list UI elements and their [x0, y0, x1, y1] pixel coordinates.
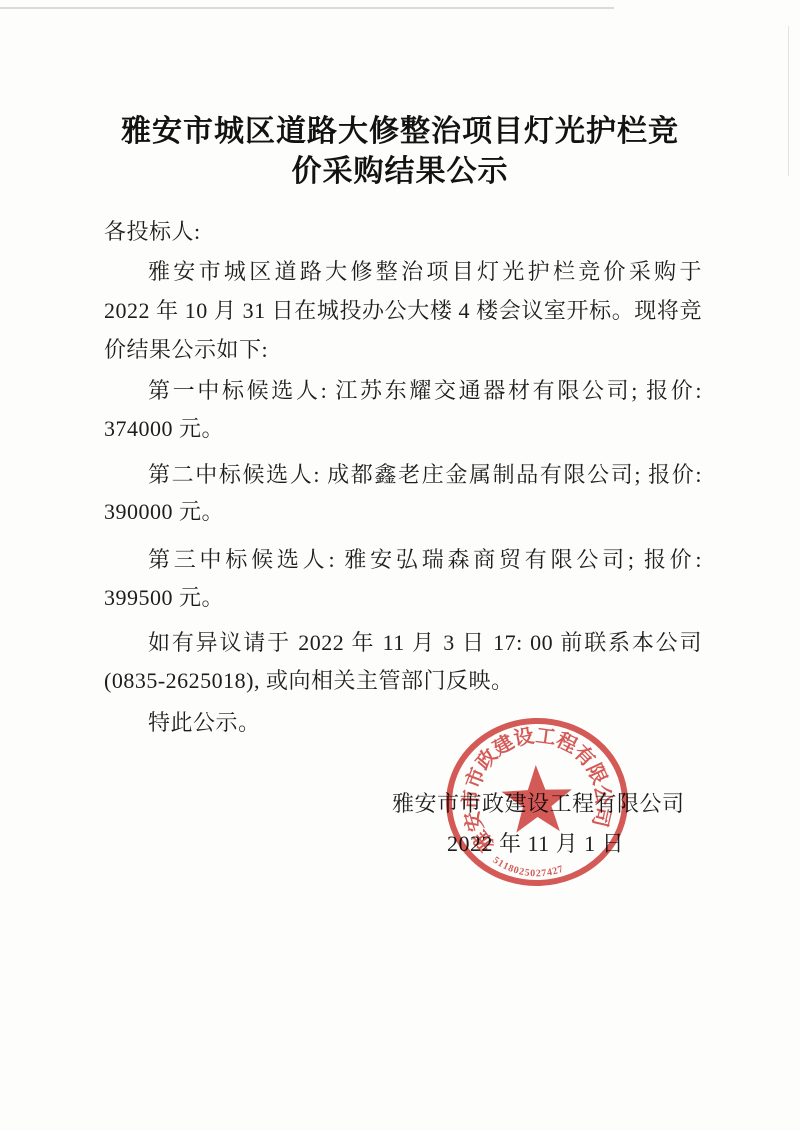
appeal-line1: 如有异议请于 2022 年 11 月 3 日 17: 00 前联系本公司	[104, 627, 702, 659]
official-seal: 雅安市市政建设工程有限公司 5118025027427	[441, 705, 633, 897]
candidate-2-line1: 第二中标候选人: 成都鑫老庄金属制品有限公司; 报价:	[104, 459, 702, 491]
scan-artifact-top-line	[0, 7, 614, 9]
candidate-2-price: 390000 元。	[104, 496, 702, 528]
intro-line1: 雅安市城区道路大修整治项目灯光护栏竞价采购于	[104, 256, 702, 288]
candidate-3-line1: 第三中标候选人: 雅安弘瑞森商贸有限公司; 报价:	[104, 544, 702, 576]
svg-text:市: 市	[458, 789, 483, 810]
svg-text:公: 公	[590, 784, 615, 807]
candidate-3-price: 399500 元。	[104, 582, 702, 614]
document-page: 雅安市城区道路大修整治项目灯光护栏竞 价采购结果公示 各投标人: 雅安市城区道路…	[0, 0, 800, 1131]
appeal-line2: (0835-2625018), 或向相关主管部门反映。	[104, 665, 702, 697]
candidate-1-price: 374000 元。	[104, 413, 702, 445]
candidate-1-line1: 第一中标候选人: 江苏东耀交通器材有限公司; 报价:	[104, 375, 702, 407]
salutation: 各投标人:	[104, 216, 702, 248]
intro-line3: 价结果公示如下:	[104, 334, 702, 366]
svg-text:0: 0	[530, 868, 536, 879]
intro-line2: 2022 年 10 月 31 日在城投办公大楼 4 楼会议室开标。现将竞	[104, 295, 702, 327]
svg-text:设: 设	[512, 724, 536, 751]
document-title-line1: 雅安市城区道路大修整治项目灯光护栏竞	[0, 112, 800, 152]
document-title-line2: 价采购结果公示	[0, 152, 800, 192]
svg-text:司: 司	[588, 804, 615, 829]
seal-star-icon	[501, 764, 574, 833]
